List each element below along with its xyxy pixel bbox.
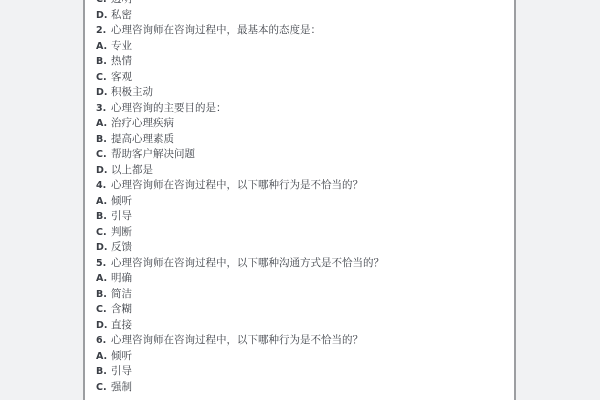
line-text: 透明 [111,0,132,5]
line-prefix: 3. [96,101,111,117]
line-text: 私密 [111,9,132,21]
line-prefix: C. [96,302,111,318]
line-text: 简洁 [111,288,132,300]
document-line: B.热情 [96,54,514,70]
line-text: 客观 [111,71,132,83]
document-line: 5.心理咨询师在咨询过程中，以下哪种沟通方式是不恰当的？ [96,256,514,272]
line-text: 心理咨询的主要目的是： [111,102,227,114]
document-line: 6.心理咨询师在咨询过程中，以下哪种行为是不恰当的？ [96,333,514,349]
line-prefix: B. [96,132,111,148]
line-prefix: 2. [96,23,111,39]
line-text: 积极主动 [111,86,153,98]
line-prefix: B. [96,209,111,225]
line-text: 专业 [111,40,132,52]
document-line: C.含糊 [96,302,514,318]
line-text: 明确 [111,272,132,284]
line-text: 含糊 [111,303,132,315]
line-prefix: C. [96,0,111,8]
line-text: 引导 [111,210,132,222]
document-line: C.帮助客户解决问题 [96,147,514,163]
document-line: D.以上都是 [96,163,514,179]
document-line: C.透明 [96,0,514,8]
line-text: 判断 [111,226,132,238]
line-text: 以上都是 [111,164,153,176]
line-prefix: D. [96,318,111,334]
document-line: B.引导 [96,364,514,380]
line-text: 直接 [111,319,132,331]
line-prefix: D. [96,163,111,179]
document-line: D.私密 [96,8,514,24]
line-prefix: 5. [96,256,111,272]
document-line: A.明确 [96,271,514,287]
line-prefix: C. [96,70,111,86]
line-text: 倾听 [111,195,132,207]
line-prefix: A. [96,349,111,365]
line-prefix: B. [96,54,111,70]
line-text: 治疗心理疾病 [111,117,174,129]
line-text: 倾听 [111,350,132,362]
line-text: 心理咨询师在咨询过程中，以下哪种行为是不恰当的？ [111,179,363,191]
line-prefix: D. [96,8,111,24]
line-prefix: D. [96,85,111,101]
document-line: D.直接 [96,318,514,334]
line-prefix: D. [96,240,111,256]
line-prefix: A. [96,271,111,287]
line-text: 提高心理素质 [111,133,174,145]
document-line: D.积极主动 [96,85,514,101]
line-text: 热情 [111,55,132,67]
line-prefix: C. [96,147,111,163]
document-line: C.强制 [96,380,514,396]
line-text: 反馈 [111,241,132,253]
document-line: B.引导 [96,209,514,225]
document-line: B.提高心理素质 [96,132,514,148]
line-prefix: C. [96,225,111,241]
document-line: A.治疗心理疾病 [96,116,514,132]
line-prefix: A. [96,116,111,132]
document-line: 4.心理咨询师在咨询过程中，以下哪种行为是不恰当的？ [96,178,514,194]
document-line: C.判断 [96,225,514,241]
line-prefix: B. [96,364,111,380]
line-prefix: A. [96,194,111,210]
line-prefix: 4. [96,178,111,194]
document-line: C.客观 [96,70,514,86]
document-page: C.透明 D.私密 2.心理咨询师在咨询过程中，最基本的态度是： A.专业 B.… [83,0,516,400]
document-line: A.倾听 [96,194,514,210]
line-text: 心理咨询师在咨询过程中，以下哪种沟通方式是不恰当的？ [111,257,384,269]
line-prefix: A. [96,39,111,55]
line-text: 心理咨询师在咨询过程中，最基本的态度是： [111,24,321,36]
line-text: 帮助客户解决问题 [111,148,195,160]
line-prefix: B. [96,287,111,303]
line-text: 心理咨询师在咨询过程中，以下哪种行为是不恰当的？ [111,334,363,346]
document-line: B.简洁 [96,287,514,303]
line-text: 强制 [111,381,132,393]
document-line: D.反馈 [96,240,514,256]
line-text: 引导 [111,365,132,377]
document-line: 2.心理咨询师在咨询过程中，最基本的态度是： [96,23,514,39]
line-prefix: C. [96,380,111,396]
document-line: 3.心理咨询的主要目的是： [96,101,514,117]
line-prefix: 6. [96,333,111,349]
document-text-block: C.透明 D.私密 2.心理咨询师在咨询过程中，最基本的态度是： A.专业 B.… [85,0,514,395]
document-line: A.专业 [96,39,514,55]
document-line: A.倾听 [96,349,514,365]
document-viewport: C.透明 D.私密 2.心理咨询师在咨询过程中，最基本的态度是： A.专业 B.… [0,0,600,400]
